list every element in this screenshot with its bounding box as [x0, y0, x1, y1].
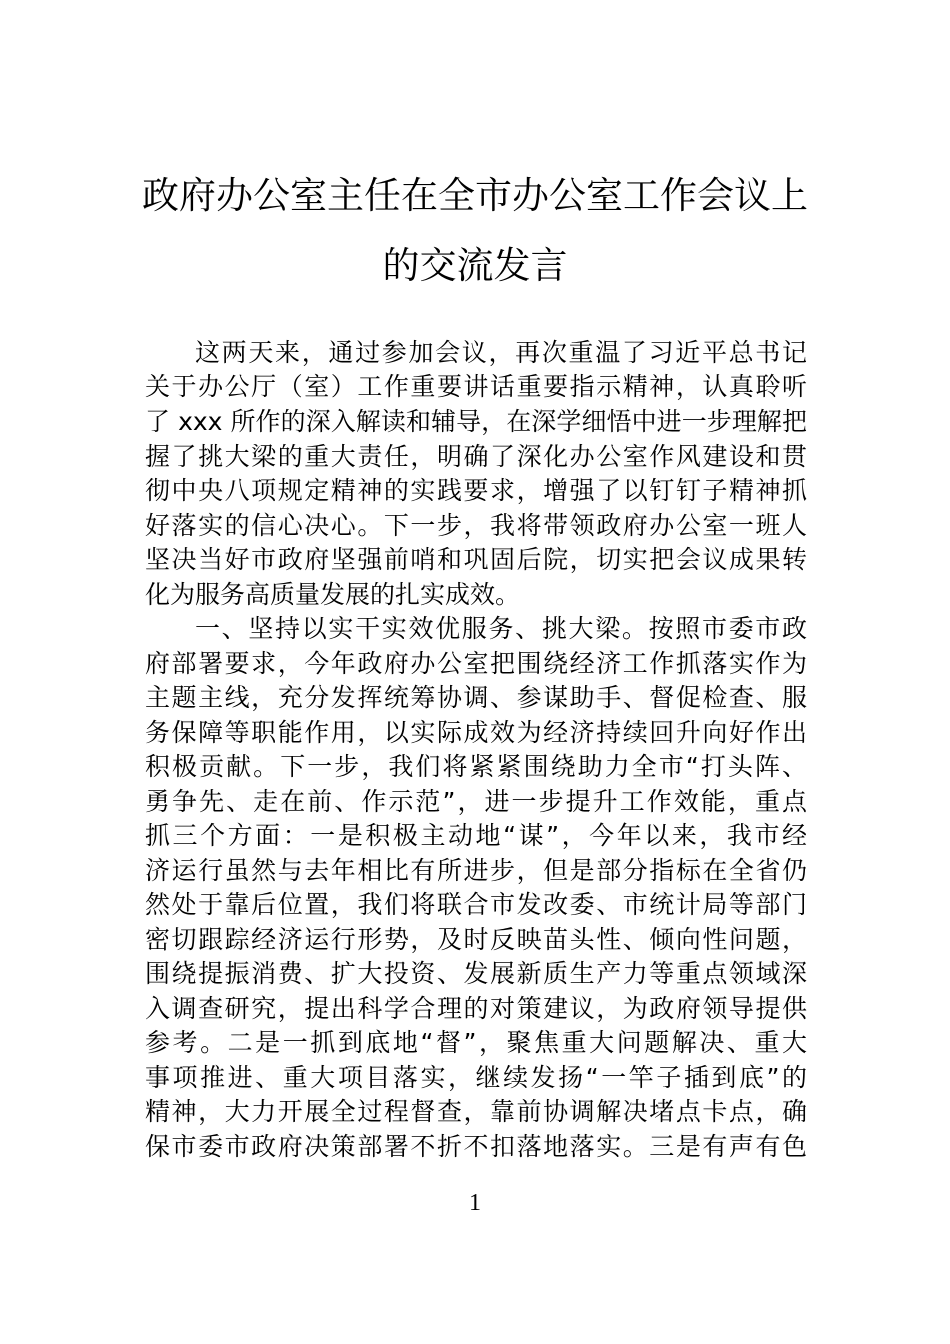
paragraph-1-line: 彻中央八项规定精神的实践要求，增强了以钉钉子精神抓 — [145, 474, 807, 508]
paragraph-1-line: 握了挑大梁的重大责任，明确了深化办公室作风建设和贯 — [145, 440, 807, 474]
paragraph-2-line: 参考。二是一抓到底地“督”，聚焦重大问题解决、重大 — [145, 1026, 807, 1060]
paragraph-2-line: 保市委市政府决策部署不折不扣落地落实。三是有声有色 — [145, 1130, 807, 1164]
paragraph-2-line: 密切跟踪经济运行形势，及时反映苗头性、倾向性问题， — [145, 923, 807, 957]
page-number: 1 — [0, 1188, 950, 1218]
paragraph-1-line: 了 xxx 所作的深入解读和辅导，在深学细悟中进一步理解把 — [145, 405, 807, 439]
paragraph-2-line: 主题主线，充分发挥统筹协调、参谋助手、督促检查、服 — [145, 681, 807, 715]
paragraph-1-line: 坚决当好市政府坚强前哨和巩固后院，切实把会议成果转 — [145, 543, 807, 577]
paragraph-1-line: 化为服务高质量发展的扎实成效。 — [145, 578, 807, 612]
paragraph-2-line: 围绕提振消费、扩大投资、发展新质生产力等重点领域深 — [145, 957, 807, 991]
document-page: 政府办公室主任在全市办公室工作会议上 的交流发言 这两天来，通过参加会议，再次重… — [0, 0, 950, 1344]
paragraph-2-line: 一、坚持以实干实效优服务、挑大梁。按照市委市政 — [195, 612, 807, 646]
paragraph-1-line: 好落实的信心决心。下一步，我将带领政府办公室一班人 — [145, 509, 807, 543]
paragraph-2-line: 府部署要求，今年政府办公室把围绕经济工作抓落实作为 — [145, 647, 807, 681]
paragraph-1-line: 关于办公厅（室）工作重要讲话重要指示精神，认真聆听 — [145, 370, 807, 404]
paragraph-2-line: 入调查研究，提出科学合理的对策建议，为政府领导提供 — [145, 992, 807, 1026]
paragraph-2-line: 济运行虽然与去年相比有所进步，但是部分指标在全省仍 — [145, 854, 807, 888]
paragraph-1-line: 这两天来，通过参加会议，再次重温了习近平总书记 — [195, 336, 807, 370]
paragraph-2-line: 抓三个方面：一是积极主动地“谋”，今年以来，我市经 — [145, 819, 807, 853]
document-title-line-1: 政府办公室主任在全市办公室工作会议上 — [0, 174, 950, 218]
paragraph-2-line: 勇争先、走在前、作示范”，进一步提升工作效能，重点 — [145, 785, 807, 819]
paragraph-2-line: 务保障等职能作用，以实际成效为经济持续回升向好作出 — [145, 716, 807, 750]
paragraph-2-line: 积极贡献。下一步，我们将紧紧围绕助力全市“打头阵、 — [145, 750, 807, 784]
document-title-line-2: 的交流发言 — [0, 244, 950, 288]
paragraph-2-line: 事项推进、重大项目落实，继续发扬“一竿子插到底”的 — [145, 1061, 807, 1095]
paragraph-2-line: 然处于靠后位置，我们将联合市发改委、市统计局等部门 — [145, 888, 807, 922]
paragraph-2-line: 精神，大力开展全过程督查，靠前协调解决堵点卡点，确 — [145, 1095, 807, 1129]
